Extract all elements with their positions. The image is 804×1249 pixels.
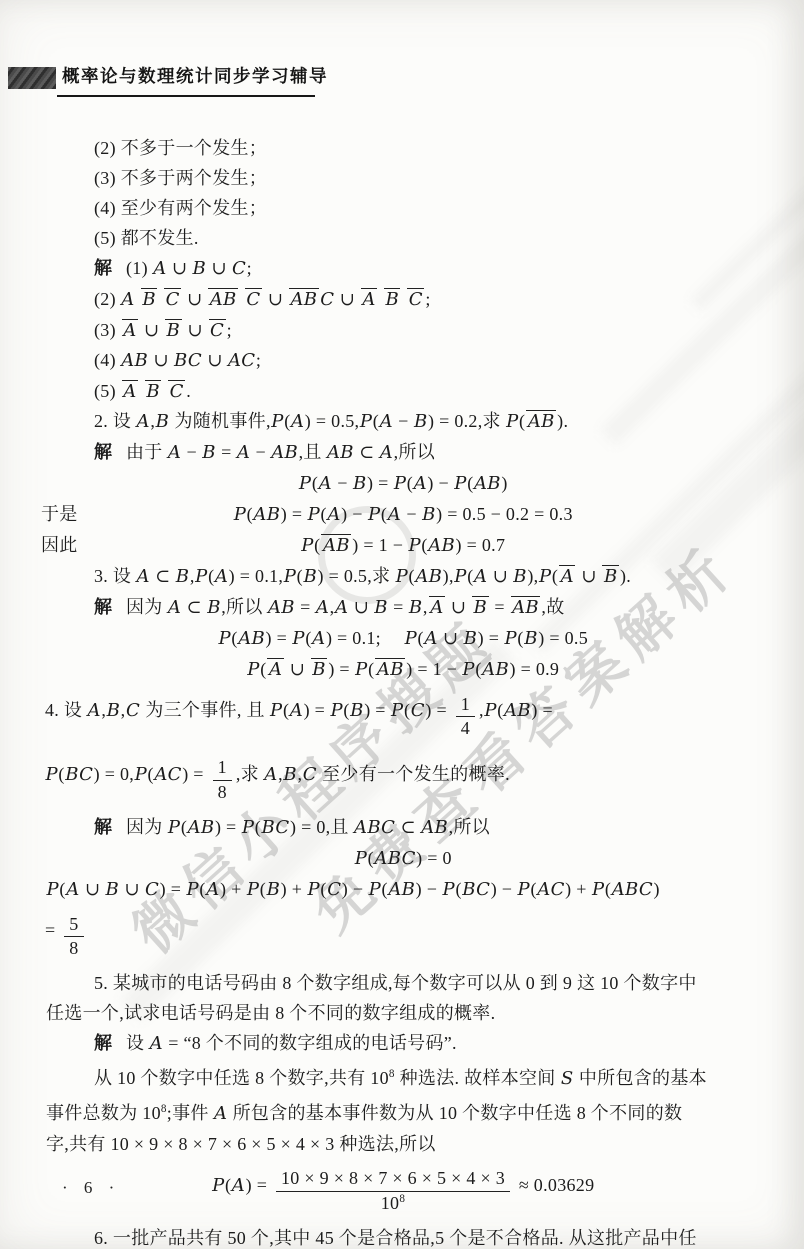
- header-ornament-block: [8, 67, 56, 89]
- line-text: 因为 P(AB) = P(BC) = 0,且 ABC ⊂ AB,所以: [126, 817, 490, 837]
- solution-label: 解: [94, 1033, 112, 1053]
- line-text: 5. 某城市的电话号码由 8 个数字组成,每个数字可以从 0 到 9 这 10 …: [94, 973, 697, 993]
- line-text: 6. 一批产品共有 50 个,其中 45 个是合格品,5 个是不合格品. 从这批…: [94, 1228, 697, 1248]
- text-line: 6. 一批产品共有 50 个,其中 45 个是合格品,5 个是不合格品. 从这批…: [45, 1223, 761, 1249]
- text-line: 解因为 P(AB) = P(BC) = 0,且 ABC ⊂ AB,所以: [45, 812, 761, 843]
- line-text: P(A) = 10 × 9 × 8 × 7 × 6 × 5 × 4 × 3108…: [212, 1175, 595, 1195]
- line-text: P(A − B) = P(A) − P(AB): [298, 473, 507, 493]
- text-line: 3. 设 A ⊂ B,P(A) = 0.1,P(B) = 0.5,求 P(AB)…: [45, 561, 761, 592]
- side-label: 于是: [41, 499, 78, 529]
- line-text: (1) A ∪ B ∪ C;: [126, 258, 252, 278]
- text-line: 于是P(AB) = P(A) − P(A − B) = 0.5 − 0.2 = …: [45, 499, 761, 530]
- book-page: 微信小程序搜题 免费查看答案解析 概率论与数理统计同步学习辅导 (2) 不多于一…: [0, 0, 804, 1249]
- line-text: P(AB) = 1 − P(AB) = 0.7: [301, 535, 506, 555]
- text-line: = 58: [45, 905, 761, 968]
- side-label: 因此: [41, 530, 78, 560]
- text-line: 2. 设 A,B 为随机事件,P(A) = 0.5,P(A − B) = 0.2…: [45, 406, 761, 437]
- text-line: P(A ∪ B) = P(AB) = 1 − P(AB) = 0.9: [45, 654, 761, 685]
- solution-label: 解: [94, 258, 112, 278]
- text-line: 字,共有 10 × 9 × 8 × 7 × 6 × 5 × 4 × 3 种选法,…: [45, 1129, 761, 1159]
- line-text: 任选一个,试求电话号码是由 8 个不同的数字组成的概率.: [46, 1003, 495, 1023]
- text-line: 事件总数为 108;事件 A 所包含的基本事件数为从 10 个数字中任选 8 个…: [45, 1094, 761, 1129]
- page-number: · 6 ·: [62, 1178, 120, 1198]
- line-text: 2. 设 A,B 为随机事件,P(A) = 0.5,P(A − B) = 0.2…: [94, 411, 568, 431]
- text-line: (3) A ∪ B ∪ C;: [45, 315, 761, 345]
- line-text: (4) 至少有两个发生；: [94, 198, 267, 218]
- solution-label: 解: [94, 817, 112, 837]
- text-line: 解由于 A − B = A − AB,且 AB ⊂ A,所以: [45, 437, 761, 468]
- text-line: (2) 不多于一个发生；: [45, 133, 761, 163]
- line-text: P(A ∪ B ∪ C) = P(A) + P(B) + P(C) − P(AB…: [46, 879, 660, 899]
- line-text: 因为 A ⊂ B,所以 AB = A,A ∪ B = B,A ∪ B = AB,…: [126, 597, 565, 617]
- line-text: (5) A B C.: [94, 381, 191, 401]
- line-text: P(BC) = 0,P(AC) = 18,求 A,B,C 至少有一个发生的概率.: [45, 764, 510, 784]
- line-text: (2) A B C ∪ AB C ∪ ABC ∪ A B C;: [94, 289, 431, 309]
- text-line: 解设 A = “8 个不同的数字组成的电话号码”.: [45, 1028, 761, 1059]
- text-line: P(ABC) = 0: [45, 843, 761, 874]
- line-text: (3) A ∪ B ∪ C;: [94, 320, 232, 340]
- text-line: (5) A B C.: [45, 376, 761, 406]
- text-line: 解因为 A ⊂ B,所以 AB = A,A ∪ B = B,A ∪ B = AB…: [45, 592, 761, 623]
- line-text: 设 A = “8 个不同的数字组成的电话号码”.: [126, 1033, 457, 1053]
- text-line: P(A ∪ B ∪ C) = P(A) + P(B) + P(C) − P(AB…: [45, 874, 761, 905]
- text-line: 解(1) A ∪ B ∪ C;: [45, 253, 761, 284]
- solution-label: 解: [94, 597, 112, 617]
- text-line: P(AB) = P(A) = 0.1; P(A ∪ B) = P(B) = 0.…: [45, 623, 761, 654]
- book-title: 概率论与数理统计同步学习辅导: [62, 63, 328, 88]
- text-line: P(A − B) = P(A) − P(AB): [45, 468, 761, 499]
- line-text: P(AB) = P(A) = 0.1; P(A ∪ B) = P(B) = 0.…: [218, 628, 588, 648]
- line-text: P(A ∪ B) = P(AB) = 1 − P(AB) = 0.9: [247, 659, 559, 679]
- line-text: 从 10 个数字中任选 8 个数字,共有 108 种选法. 故样本空间 S 中所…: [94, 1068, 707, 1088]
- text-line: P(BC) = 0,P(AC) = 18,求 A,B,C 至少有一个发生的概率.: [45, 748, 761, 811]
- line-text: (2) 不多于一个发生；: [94, 138, 267, 158]
- text-line: 因此P(AB) = 1 − P(AB) = 0.7: [45, 530, 761, 561]
- line-text: 4. 设 A,B,C 为三个事件, 且 P(A) = P(B) = P(C) =…: [45, 700, 553, 720]
- text-line: 任选一个,试求电话号码是由 8 个不同的数字组成的概率.: [45, 998, 761, 1028]
- line-text: (3) 不多于两个发生；: [94, 168, 267, 188]
- line-text: = 58: [45, 920, 88, 940]
- text-line: P(A) = 10 × 9 × 8 × 7 × 6 × 5 × 4 × 3108…: [45, 1159, 761, 1222]
- line-text: 3. 设 A ⊂ B,P(A) = 0.1,P(B) = 0.5,求 P(AB)…: [94, 566, 631, 586]
- text-line: 从 10 个数字中任选 8 个数字,共有 108 种选法. 故样本空间 S 中所…: [45, 1059, 761, 1094]
- text-line: (5) 都不发生.: [45, 223, 761, 253]
- line-text: (4) AB ∪ BC ∪ AC;: [94, 350, 261, 370]
- text-line: 4. 设 A,B,C 为三个事件, 且 P(A) = P(B) = P(C) =…: [45, 685, 761, 748]
- text-line: 5. 某城市的电话号码由 8 个数字组成,每个数字可以从 0 到 9 这 10 …: [45, 968, 761, 998]
- line-text: 由于 A − B = A − AB,且 AB ⊂ A,所以: [126, 442, 435, 462]
- content-lines: (2) 不多于一个发生；(3) 不多于两个发生；(4) 至少有两个发生；(5) …: [45, 133, 761, 1249]
- line-text: 字,共有 10 × 9 × 8 × 7 × 6 × 5 × 4 × 3 种选法,…: [46, 1134, 436, 1154]
- header-rule: [57, 95, 315, 97]
- text-line: (3) 不多于两个发生；: [45, 163, 761, 193]
- line-text: P(ABC) = 0: [354, 848, 452, 868]
- line-text: 事件总数为 108;事件 A 所包含的基本事件数为从 10 个数字中任选 8 个…: [46, 1103, 682, 1123]
- line-text: (5) 都不发生.: [94, 228, 199, 248]
- text-line: (2) A B C ∪ AB C ∪ ABC ∪ A B C;: [45, 284, 761, 315]
- line-text: P(AB) = P(A) − P(A − B) = 0.5 − 0.2 = 0.…: [233, 504, 573, 524]
- text-line: (4) AB ∪ BC ∪ AC;: [45, 345, 761, 376]
- text-line: (4) 至少有两个发生；: [45, 193, 761, 223]
- solution-label: 解: [94, 442, 112, 462]
